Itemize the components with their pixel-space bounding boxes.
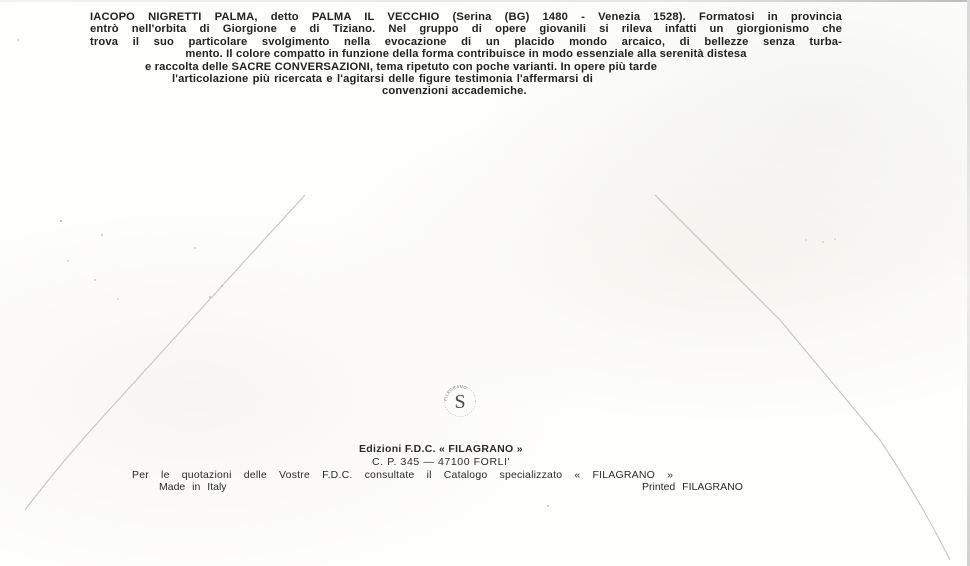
biography-line: l'articolazione più ricercata e l'agitar… (90, 73, 842, 85)
biography-line: convenzioni accademiche. (90, 85, 842, 97)
artist-biography: IACOPO NIGRETTI PALMA, detto PALMA IL VE… (90, 11, 842, 98)
biography-line: trova il suo particolare svolgimento nel… (90, 36, 842, 48)
biography-line: e raccolta delle SACRE CONVERSAZIONI, te… (90, 61, 842, 73)
publisher-address: C. P. 345 — 47100 FORLI' (372, 456, 510, 468)
made-in-italy: Made in Italy (159, 481, 227, 493)
emblem-letter: S (454, 391, 465, 413)
publisher-edition: Edizioni F.D.C. « FILAGRANO » (359, 443, 523, 455)
biography-line: entrò nell'orbita di Giorgione e di Tizi… (90, 23, 842, 35)
biography-line: mento. Il colore compatto in funzione de… (90, 48, 842, 60)
biography-line: IACOPO NIGRETTI PALMA, detto PALMA IL VE… (90, 11, 842, 23)
printed-by: Printed FILAGRANO (642, 481, 743, 493)
catalog-notice: Per le quotazioni delle Vostre F.D.C. co… (132, 469, 812, 481)
filagrano-s-logo-icon: FILAGRANO S (442, 383, 478, 419)
